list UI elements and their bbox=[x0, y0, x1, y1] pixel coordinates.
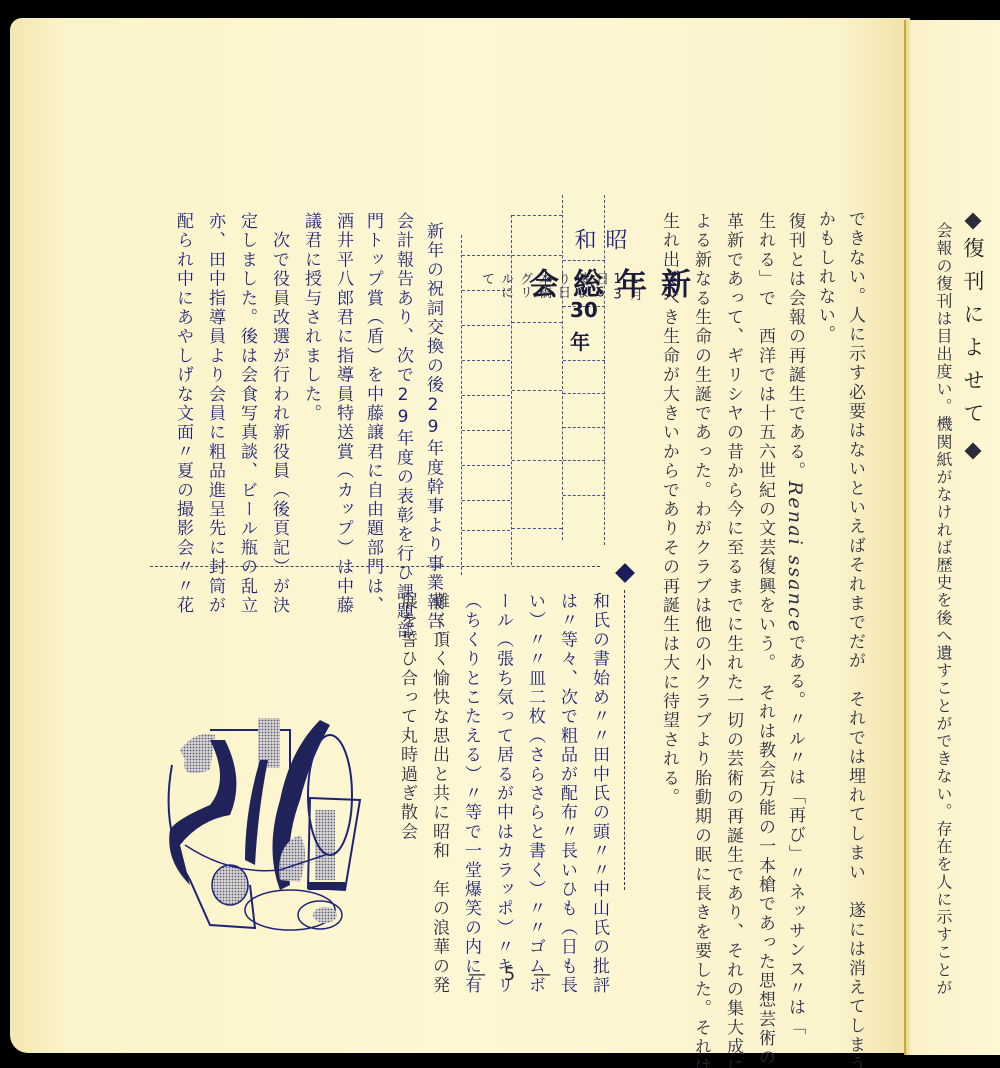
title-era: 昭和 bbox=[568, 228, 630, 252]
essay-col-1: できない。人に示す必要はないといえばそれまでだが それでは埋れてしまい 遂には消… bbox=[840, 210, 870, 1068]
diamond-ornament-icon bbox=[965, 213, 982, 230]
lower-col-6: 難く頂く愉快な思出と共に昭和 年の浪華の発 bbox=[424, 592, 454, 995]
lower-col-4: ール（張ち気って居るが中はカラッポ）〃キリ bbox=[488, 592, 518, 995]
renaissance-script: Renai ssance bbox=[784, 481, 806, 634]
abstract-vase-illustration bbox=[150, 710, 365, 935]
section-divider bbox=[150, 566, 600, 567]
column-divider bbox=[624, 590, 625, 890]
essay-col-5: 革新であって、ギリシヤの昔から今に至るまでに生れた一切の芸術の再誕生であり、それ… bbox=[718, 212, 748, 1068]
lower-col-5: （ちくりとこたえる）〃等で一堂爆笑の内に有 bbox=[456, 592, 486, 995]
lower-col-3: い）〃〃皿二枚（さらさらと書く）〃〃ゴムボ bbox=[520, 592, 550, 995]
essay-text: 復刊とは会報の再誕生である。 bbox=[785, 212, 805, 481]
essay-col-2: かもしれない。 bbox=[810, 210, 840, 344]
heading-text: 復刊によせて bbox=[961, 237, 985, 435]
report-col-5: 議君に授与されました。 bbox=[296, 212, 326, 423]
right-heading: 復刊によせて bbox=[958, 215, 988, 457]
report-col-3: 門トップ賞（盾）を中藤譲君に自由題部門は、 bbox=[358, 212, 388, 615]
lower-col-2: は〃等々、次で粗品が配布〃長いひも（日も長 bbox=[552, 592, 582, 995]
essay-text: である。〃ル〃は「再び」〃ネッサンス〃は「 bbox=[785, 633, 805, 1036]
report-col-2: 会計報告あり、次で29年度の表彰を行ひ課題部 bbox=[388, 212, 418, 640]
report-col-6: 次で役員改選が行われ新役員（後頁記）が決 bbox=[264, 212, 294, 615]
report-col-8: 亦、田中指導員より会員に粗品進呈先に封筒が bbox=[200, 212, 230, 615]
right-page-text: 会報の復刊は目出度い。機関紙がなければ歴史を後へ遺すことができない。存在を人に示… bbox=[928, 222, 958, 996]
essay-col-3: 復刊とは会報の再誕生である。Renai ssanceである。〃ル〃は「再び」〃ネ… bbox=[780, 212, 810, 1037]
report-col-9: 配られ中にあやしげな文面〃夏の撮影会〃〃花 bbox=[168, 212, 198, 615]
lower-col-7: 展を誓ひ合って丸時過ぎ散会 bbox=[392, 592, 422, 842]
lower-col-1: 和氏の書始め〃〃田中氏の頭〃〃中山氏の批評 bbox=[584, 592, 614, 995]
essay-col-4: 生れる」で 西洋では十五六世紀の文芸復興をいう。 それは教会万能の一本槍であった… bbox=[750, 212, 780, 1068]
title-subtitle: 1月13日6時より日本橋グリルにて bbox=[477, 272, 644, 303]
page-number: — 5 — bbox=[468, 964, 557, 985]
diamond-ornament-icon bbox=[965, 443, 982, 460]
report-col-1: 新年の祝詞交換の後29年度幹事より事業報告、 bbox=[418, 222, 448, 650]
report-col-7: 定しました。後は会食写真談、ビール瓶の乱立 bbox=[232, 212, 262, 615]
essay-col-6: よる新なる生命の生誕であった。わがクラブは他の小クラブより胎動期の眠に長きを要し… bbox=[686, 212, 716, 1068]
report-col-4: 酒井平八郎君に指導員特送賞（カップ）は中藤 bbox=[328, 212, 358, 615]
